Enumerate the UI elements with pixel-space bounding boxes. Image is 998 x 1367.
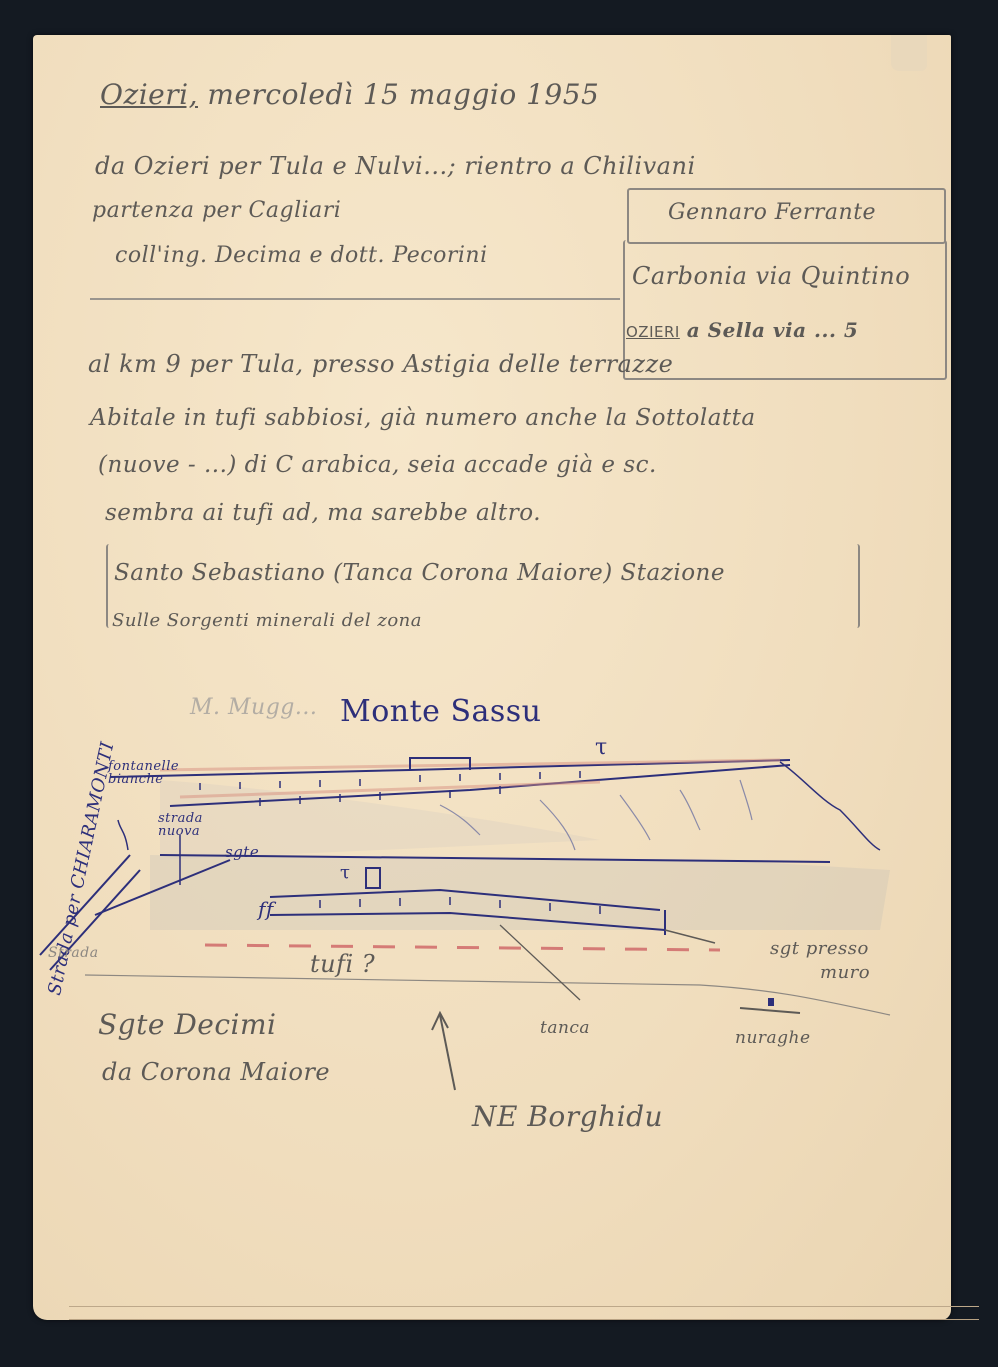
sketch-label-tau-lower: τ [340, 862, 350, 883]
sketch-label-tau-top: τ [595, 735, 608, 760]
sketch-label-tufi: tufi ? [310, 950, 375, 978]
sketch-title-faint: M. Mugg... [190, 695, 317, 720]
sketch-label-muro: muro [820, 962, 870, 983]
sketch-label-tanca: tanca [540, 1018, 590, 1038]
caption-left-2: da Corona Maiore [102, 1058, 330, 1086]
sketch-label-fontanelle: fontanelle bianche [108, 760, 168, 786]
sketch-label-ff: ff [258, 897, 274, 921]
landscape-sketch [0, 0, 998, 1367]
caption-left-1: Sgte Decimi [98, 1008, 277, 1041]
sketch-label-sgt-presso: sgt presso [770, 938, 869, 959]
sketch-label-sorgente: sgte [225, 843, 259, 861]
sketch-label-strada-sign: Strada [48, 945, 99, 961]
sketch-label-strada-nuova: strada nuova [158, 812, 218, 838]
sketch-title-blue: Monte Sassu [340, 694, 542, 729]
sketch-label-nuraghe: nuraghe [735, 1028, 811, 1048]
caption-arrow-label: NE Borghidu [472, 1100, 663, 1133]
